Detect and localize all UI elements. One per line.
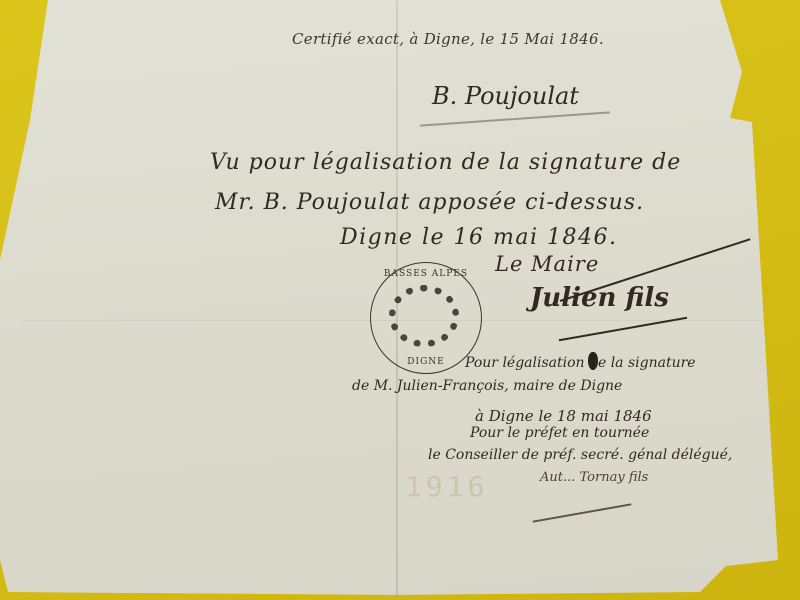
- seal-top-text: BASSES ALPES: [371, 269, 481, 279]
- mayor-legalisation-line-1: Vu pour légalisation de la signature de: [210, 150, 681, 175]
- mayor-legalisation-line-2: Mr. B. Poujoulat apposée ci-dessus.: [215, 190, 644, 215]
- prefecture-signature-flourish: [533, 503, 632, 522]
- mayor-title: Le Maire: [495, 252, 599, 276]
- prefecture-signature: Aut... Tornay fils: [540, 470, 648, 485]
- prefecture-legalisation-line-5: le Conseiller de préf. secré. génal délé…: [428, 447, 732, 463]
- mayor-legalisation-date: Digne le 16 mai 1846.: [340, 225, 617, 250]
- certification-line: Certifié exact, à Digne, le 15 Mai 1846.: [292, 30, 604, 48]
- signature-underline: [420, 111, 610, 126]
- poujoulat-signature: B. Poujoulat: [432, 82, 579, 110]
- seal-wreath-icon: [389, 285, 459, 347]
- prefecture-legalisation-line-2: de M. Julien-François, maire de Digne: [352, 378, 622, 394]
- document-paper: Certifié exact, à Digne, le 15 Mai 1846.…: [0, 0, 800, 600]
- prefecture-legalisation-date: à Digne le 18 mai 1846: [475, 407, 652, 425]
- prefecture-legalisation-line-4: Pour le préfet en tournée: [470, 425, 649, 441]
- faint-stamp-number: 1916: [405, 470, 488, 503]
- prefecture-legalisation-line-1: Pour légalisation de la signature: [465, 355, 696, 371]
